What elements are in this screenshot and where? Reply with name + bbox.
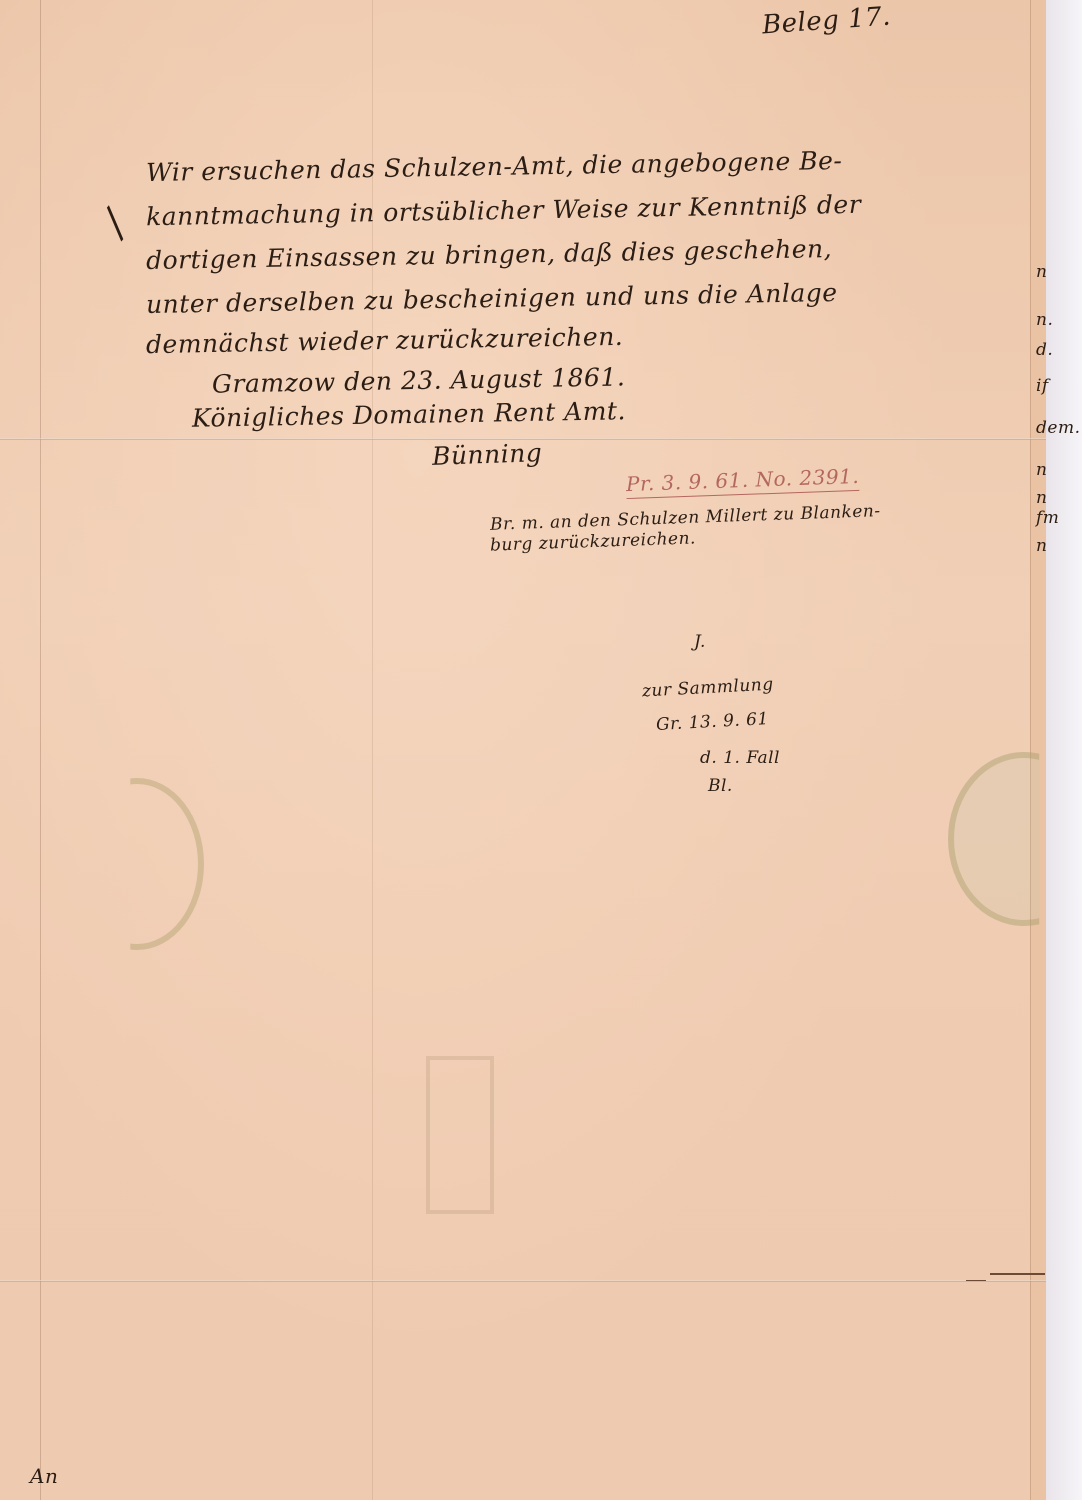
faded-box-stamp — [426, 1056, 494, 1214]
margin-fragment-9: n — [1036, 536, 1047, 556]
margin-fragment-8: fm — [1036, 508, 1059, 528]
paper-tear-2 — [966, 1280, 986, 1281]
folded-edge-strip — [1030, 0, 1047, 1500]
registry-note-line-1: J. — [694, 632, 706, 652]
margin-fragment-3: d. — [1036, 340, 1053, 360]
margin-fragment-4: if — [1036, 376, 1049, 396]
scan-margin — [1046, 0, 1082, 1500]
fold-line-lower — [0, 1280, 1046, 1282]
address-fragment: An — [30, 1464, 58, 1488]
paper-tear — [990, 1273, 1045, 1275]
fold-line-left — [40, 0, 41, 1500]
margin-fragment-1: n — [1036, 262, 1047, 282]
margin-fragment-6: n — [1036, 460, 1047, 480]
registry-note-line-4: d. 1. Fall — [700, 748, 780, 768]
signature: Bünning — [432, 438, 543, 471]
margin-fragment-7: n — [1036, 488, 1047, 508]
margin-fragment-2: n. — [1036, 310, 1053, 330]
registry-note-line-5: Bl. — [708, 776, 733, 796]
margin-fragment-5: dem. — [1036, 418, 1080, 438]
